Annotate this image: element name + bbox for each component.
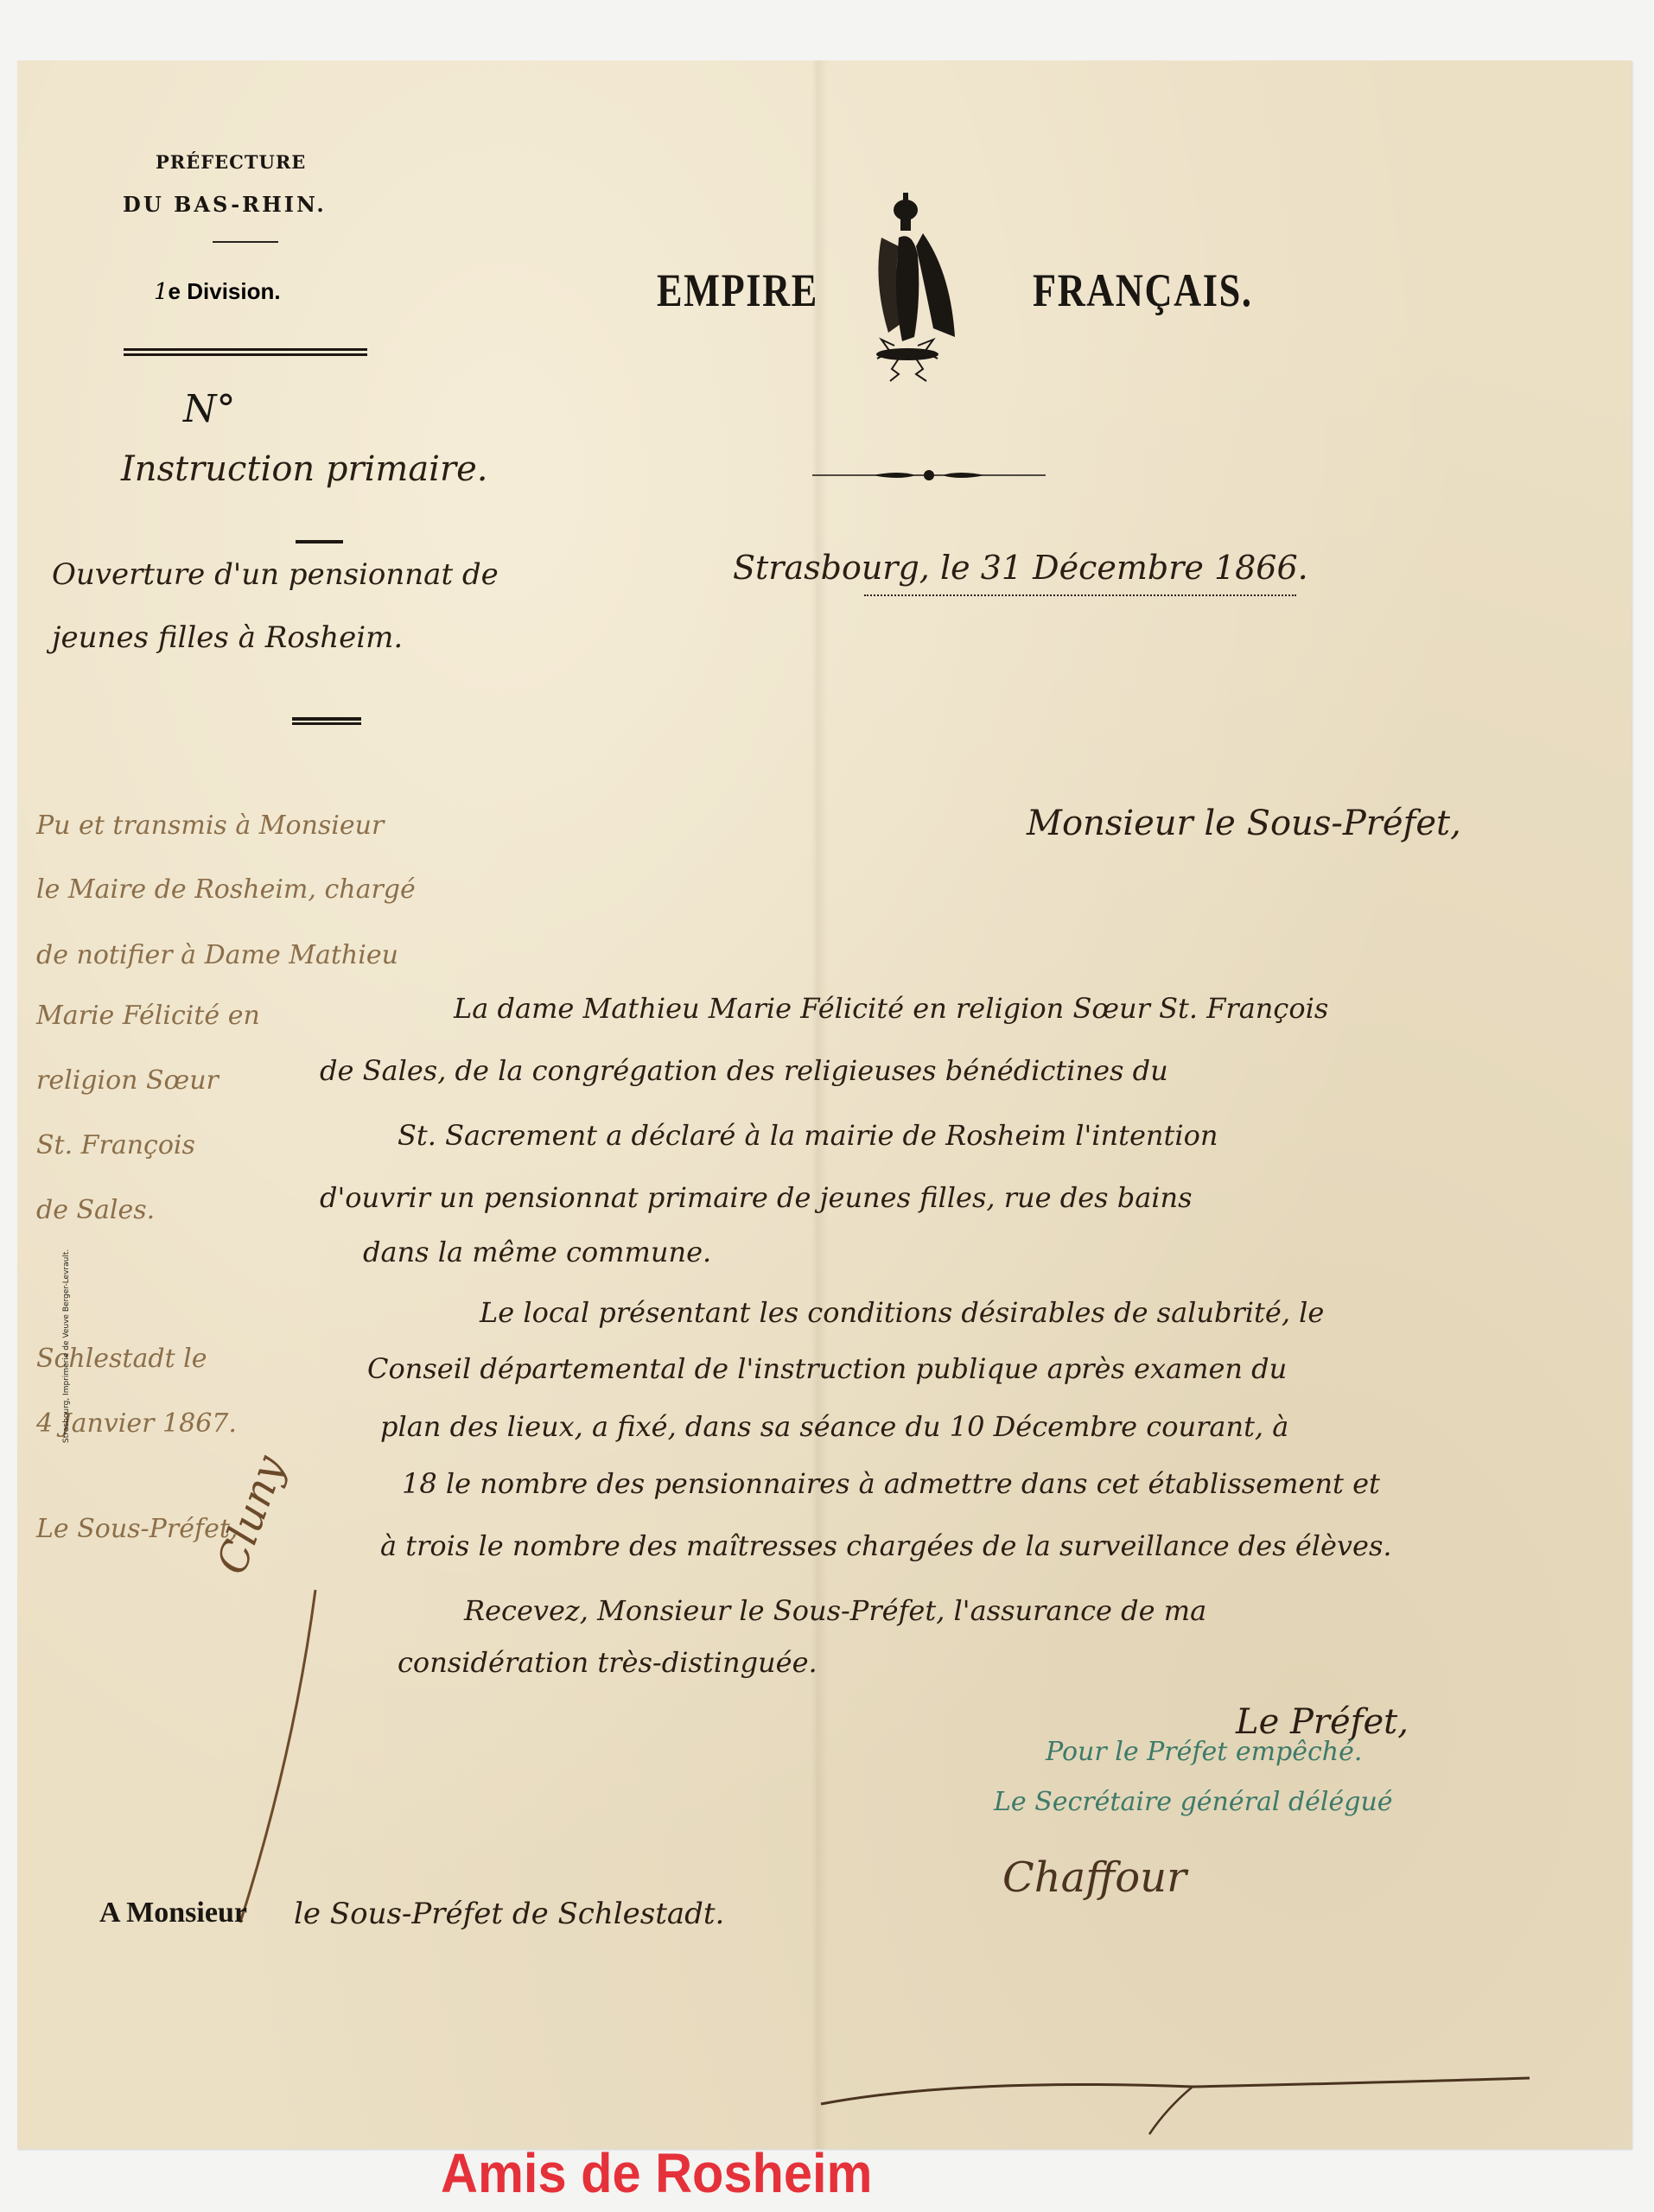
recipient-printed: A Monsieur	[99, 1897, 247, 1929]
empire-heading-left: EMPIRE	[657, 264, 818, 317]
body-line: d'ouvrir un pensionnat primaire de jeune…	[320, 1181, 1193, 1214]
dateline: Strasbourg, le 31 Décembre 1866.	[733, 549, 1308, 587]
body-line: St. Sacrement a déclaré à la mairie de R…	[398, 1119, 1218, 1152]
empire-heading-right: FRANÇAIS.	[1033, 264, 1253, 317]
body-line: plan des lieux, a fixé, dans sa séance d…	[380, 1410, 1288, 1443]
division-number: 1	[154, 279, 169, 305]
prefecture-region: DU BAS-RHIN.	[123, 192, 327, 217]
margin-note-line: le Maire de Rosheim, chargé	[36, 874, 416, 905]
delegation-stamp-line-1: Pour le Préfet empêché.	[1046, 1737, 1362, 1767]
margin-note-line: Marie Félicité en	[36, 1001, 260, 1031]
salutation: Monsieur le Sous-Préfet,	[1027, 804, 1461, 843]
subject-line-1: Ouverture d'un pensionnat de	[52, 557, 499, 592]
subject-line-2: jeunes filles à Rosheim.	[52, 620, 403, 655]
dateline-place: Strasbourg, le	[733, 549, 970, 587]
dateline-year: 1866.	[1214, 549, 1308, 587]
printer-imprint-wrap: Strasbourg, Imprimerie de Veuve Berger-L…	[62, 1443, 256, 1452]
body-line: dans la même commune.	[363, 1236, 711, 1268]
signature: Chaffour	[1002, 1853, 1186, 1902]
margin-note-line: religion Sœur	[36, 1065, 219, 1096]
dateline-day-month: 31 Décembre	[981, 549, 1204, 587]
body-line: La dame Mathieu Marie Félicité en religi…	[454, 992, 1328, 1025]
delegation-stamp-line-2: Le Secrétaire général délégué	[994, 1787, 1393, 1817]
margin-note-line: de Sales.	[36, 1195, 155, 1225]
date-underline	[864, 594, 1296, 596]
division-label: 1e Division.	[154, 278, 281, 305]
recipient-handwritten: le Sous-Préfet de Schlestadt.	[294, 1897, 724, 1931]
body-line: Recevez, Monsieur le Sous-Préfet, l'assu…	[464, 1594, 1206, 1627]
double-divider	[124, 348, 367, 356]
ornamental-rule	[812, 469, 1046, 481]
body-line: de Sales, de la congrégation des religie…	[320, 1054, 1168, 1087]
short-divider	[213, 241, 278, 243]
body-line: 18 le nombre des pensionnaires à admettr…	[402, 1467, 1380, 1500]
subject-double-divider	[292, 717, 361, 725]
margin-note-line: Pu et transmis à Monsieur	[36, 810, 384, 841]
division-text: e Division.	[169, 278, 281, 304]
body-line: à trois le nombre des maîtresses chargée…	[380, 1529, 1392, 1562]
watermark-label: Amis de Rosheim	[441, 2141, 872, 2205]
margin-note-line: St. François	[36, 1130, 195, 1160]
numero-label: N°	[183, 387, 236, 431]
imperial-eagle-icon	[856, 186, 959, 385]
subject-divider	[296, 540, 343, 543]
margin-note-line: de notifier à Dame Mathieu	[36, 940, 398, 970]
signature-flourish	[786, 1927, 1547, 2143]
subject-category: Instruction primaire.	[121, 449, 487, 489]
body-line: Le local présentant les conditions désir…	[480, 1296, 1324, 1329]
printer-imprint: Strasbourg, Imprimerie de Veuve Berger-L…	[62, 1249, 71, 1443]
prefecture-heading: PRÉFECTURE	[156, 151, 306, 173]
body-line: Conseil départemental de l'instruction p…	[367, 1352, 1287, 1385]
margin-signature-stroke	[233, 1581, 337, 1927]
body-line: considération très-distinguée.	[398, 1646, 817, 1679]
margin-note-line: Le Sous-Préfet,	[36, 1514, 238, 1544]
